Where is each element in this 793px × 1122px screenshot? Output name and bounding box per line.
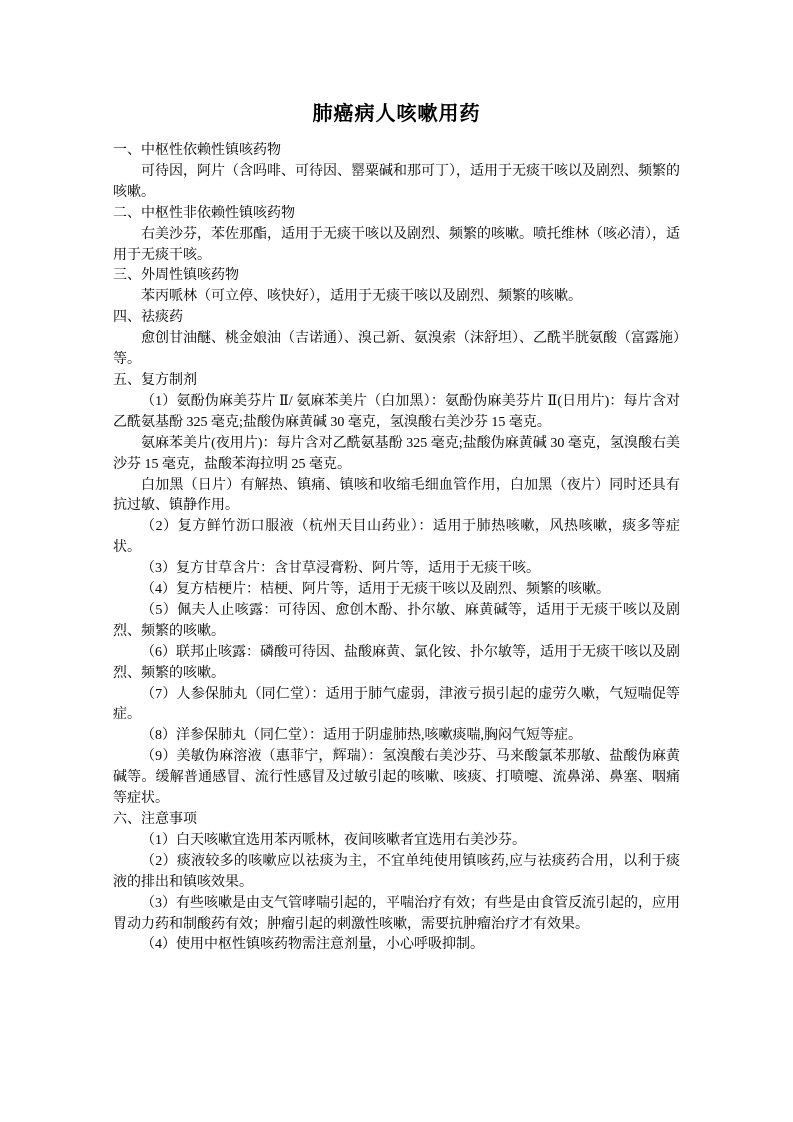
section: 六、注意事项 （1）白天咳嗽宜选用苯丙哌林，夜间咳嗽者宜选用右美沙芬。（2）痰液… bbox=[113, 810, 680, 956]
section-heading: 五、复方制剂 bbox=[113, 371, 680, 392]
paragraph: （5）佩夫人止咳露：可待因、愈创木酚、扑尔敏、麻黄碱等，适用于无痰干咳以及剧烈、… bbox=[113, 601, 680, 643]
paragraph: （6）联邦止咳露：磷酸可待因、盐酸麻黄、氯化铵、扑尔敏等，适用于无痰干咳以及剧烈… bbox=[113, 643, 680, 685]
section-heading: 四、祛痰药 bbox=[113, 308, 680, 329]
paragraph: 右美沙芬，苯佐那酯，适用于无痰干咳以及剧烈、频繁的咳嗽。喷托维林（咳必清），适用… bbox=[113, 225, 680, 267]
paragraph: （2）痰液较多的咳嗽应以祛痰为主，不宜单纯使用镇咳药,应与祛痰药合用，以利于痰液… bbox=[113, 852, 680, 894]
paragraph: （1）氨酚伪麻美芬片 Ⅱ/ 氨麻苯美片（白加黑）：氨酚伪麻美芬片 Ⅱ(日用片)：… bbox=[113, 392, 680, 434]
section-paragraphs: （1）白天咳嗽宜选用苯丙哌林，夜间咳嗽者宜选用右美沙芬。（2）痰液较多的咳嗽应以… bbox=[113, 831, 680, 956]
section-heading: 三、外周性镇咳药物 bbox=[113, 266, 680, 287]
section-paragraphs: 愈创甘油醚、桃金娘油（吉诺通）、溴己新、氨溴索（沫舒坦）、乙酰半胱氨酸（富露施）… bbox=[113, 329, 680, 371]
document-page: 肺癌病人咳嗽用药 一、中枢性依赖性镇咳药物 可待因，阿片（含吗啡、可待因、罂粟碱… bbox=[0, 0, 793, 1122]
section-paragraphs: 右美沙芬，苯佐那酯，适用于无痰干咳以及剧烈、频繁的咳嗽。喷托维林（咳必清），适用… bbox=[113, 225, 680, 267]
section-heading: 六、注意事项 bbox=[113, 810, 680, 831]
section: 二、中枢性非依赖性镇咳药物 右美沙芬，苯佐那酯，适用于无痰干咳以及剧烈、频繁的咳… bbox=[113, 204, 680, 267]
section: 四、祛痰药 愈创甘油醚、桃金娘油（吉诺通）、溴己新、氨溴索（沫舒坦）、乙酰半胱氨… bbox=[113, 308, 680, 371]
paragraph: （4）使用中枢性镇咳药物需注意剂量，小心呼吸抑制。 bbox=[113, 935, 680, 956]
section-heading: 二、中枢性非依赖性镇咳药物 bbox=[113, 204, 680, 225]
paragraph: 可待因，阿片（含吗啡、可待因、罂粟碱和那可丁），适用于无痰干咳以及剧烈、频繁的咳… bbox=[113, 162, 680, 204]
document-content: 肺癌病人咳嗽用药 一、中枢性依赖性镇咳药物 可待因，阿片（含吗啡、可待因、罂粟碱… bbox=[113, 101, 680, 956]
paragraph: 苯丙哌林（可立停、咳快好），适用于无痰干咳以及剧烈、频繁的咳嗽。 bbox=[113, 287, 680, 308]
paragraph: 白加黑（日片）有解热、镇痛、镇咳和收缩毛细血管作用，白加黑（夜片）同时还具有抗过… bbox=[113, 476, 680, 518]
paragraph: （7）人参保肺丸（同仁堂）：适用于肺气虚弱，津液亏损引起的虚劳久嗽，气短喘促等症… bbox=[113, 685, 680, 727]
section-paragraphs: 苯丙哌林（可立停、咳快好），适用于无痰干咳以及剧烈、频繁的咳嗽。 bbox=[113, 287, 680, 308]
document-sections: 一、中枢性依赖性镇咳药物 可待因，阿片（含吗啡、可待因、罂粟碱和那可丁），适用于… bbox=[113, 141, 680, 956]
paragraph: （1）白天咳嗽宜选用苯丙哌林，夜间咳嗽者宜选用右美沙芬。 bbox=[113, 831, 680, 852]
paragraph: （2）复方鲜竹沥口服液（杭州天目山药业）：适用于肺热咳嗽，风热咳嗽，痰多等症状。 bbox=[113, 517, 680, 559]
section: 一、中枢性依赖性镇咳药物 可待因，阿片（含吗啡、可待因、罂粟碱和那可丁），适用于… bbox=[113, 141, 680, 204]
section-paragraphs: （1）氨酚伪麻美芬片 Ⅱ/ 氨麻苯美片（白加黑）：氨酚伪麻美芬片 Ⅱ(日用片)：… bbox=[113, 392, 680, 810]
paragraph: 愈创甘油醚、桃金娘油（吉诺通）、溴己新、氨溴索（沫舒坦）、乙酰半胱氨酸（富露施）… bbox=[113, 329, 680, 371]
paragraph: 氨麻苯美片(夜用片)：每片含对乙酰氨基酚 325 毫克;盐酸伪麻黄碱 30 毫克… bbox=[113, 434, 680, 476]
paragraph: （8）洋参保肺丸（同仁堂）：适用于阴虚肺热,咳嗽痰喘,胸闷气短等症。 bbox=[113, 726, 680, 747]
document-title: 肺癌病人咳嗽用药 bbox=[113, 101, 680, 127]
paragraph: （9）美敏伪麻溶液（惠菲宁，辉瑞）：氢溴酸右美沙芬、马来酸氯苯那敏、盐酸伪麻黄碱… bbox=[113, 747, 680, 810]
section: 五、复方制剂 （1）氨酚伪麻美芬片 Ⅱ/ 氨麻苯美片（白加黑）：氨酚伪麻美芬片 … bbox=[113, 371, 680, 810]
paragraph: （3）有些咳嗽是由支气管哮喘引起的，平喘治疗有效；有些是由食管反流引起的，应用胃… bbox=[113, 894, 680, 936]
section-paragraphs: 可待因，阿片（含吗啡、可待因、罂粟碱和那可丁），适用于无痰干咳以及剧烈、频繁的咳… bbox=[113, 162, 680, 204]
section-heading: 一、中枢性依赖性镇咳药物 bbox=[113, 141, 680, 162]
paragraph: （3）复方甘草含片：含甘草浸膏粉、阿片等，适用于无痰干咳。 bbox=[113, 559, 680, 580]
section: 三、外周性镇咳药物 苯丙哌林（可立停、咳快好），适用于无痰干咳以及剧烈、频繁的咳… bbox=[113, 266, 680, 308]
paragraph: （4）复方桔梗片：桔梗、阿片等，适用于无痰干咳以及剧烈、频繁的咳嗽。 bbox=[113, 580, 680, 601]
